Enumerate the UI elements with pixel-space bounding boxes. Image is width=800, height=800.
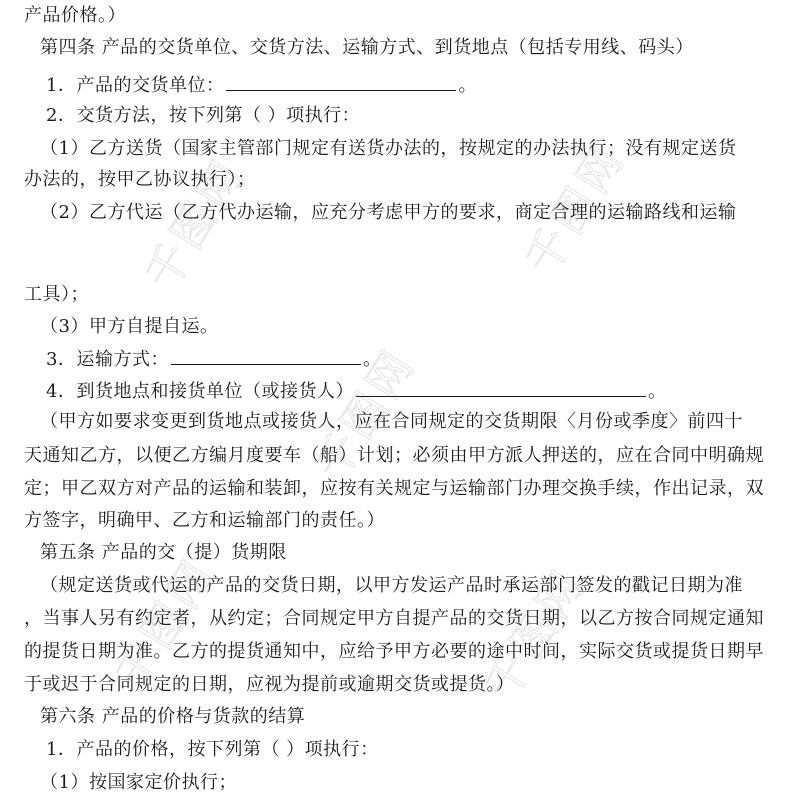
line-suffix: 。 — [648, 381, 667, 402]
text-line: （甲方如要求变更到货地点或接货人，应在合同规定的交货期限〈月份或季度〉前四十 — [40, 410, 743, 434]
destination-line: 4．到货地点和接货单位（或接货人）。 — [46, 378, 666, 402]
text-line: （2）乙方代运（乙方代办运输，应充分考虑甲方的要求，商定合理的运输路线和运输 — [40, 201, 736, 225]
transport-method-label: 3．运输方式： — [46, 349, 169, 370]
destination-blank[interactable] — [356, 378, 646, 397]
text-line: 2．交货方法，按下列第（ ）项执行： — [46, 104, 360, 128]
transport-method-line: 3．运输方式：。 — [46, 346, 381, 370]
text-line: 方签字，明确甲、乙方和运输部门的责任。） — [24, 509, 385, 533]
article-4-heading: 第四条 产品的交货单位、交货方法、运输方式、到货地点（包括专用线、码头） — [40, 36, 694, 60]
text-line: 办法的，按甲乙协议执行）； — [24, 168, 256, 192]
text-line: （1）按国家定价执行； — [40, 771, 237, 795]
document-page: 千图网 千图网 千图网 千图网 千图网 产品价格。） 第四条 产品的交货单位、交… — [0, 0, 800, 800]
destination-label: 4．到货地点和接货单位（或接货人） — [46, 381, 354, 402]
text-line: （规定送货或代运的产品的交货日期，以甲方发运产品时承运部门签发的戳记日期为准 — [40, 574, 743, 598]
delivery-unit-blank[interactable] — [226, 72, 456, 91]
text-line: 定；甲乙双方对产品的运输和装卸，应按有关规定与运输部门办理交换手续，作出记录，双 — [24, 477, 764, 501]
text-line: （1）乙方送货（国家主管部门规定有送货办法的，按规定的办法执行；没有规定送货 — [40, 137, 736, 161]
article-5-heading: 第五条 产品的交（提）货期限 — [40, 541, 287, 565]
text-line: ，当事人另有约定者，从约定；合同规定甲方自提产品的交货日期，以乙方按合同规定通知 — [24, 607, 764, 631]
text-line: 产品价格。） — [24, 4, 126, 28]
line-suffix: 。 — [363, 349, 382, 370]
text-line: （3）甲方自提自运。 — [40, 315, 218, 339]
text-line: 1．产品的价格，按下列第（ ）项执行： — [46, 738, 379, 762]
text-line: 于或迟于合同规定的日期，应视为提前或逾期交货或提货。） — [24, 673, 515, 697]
delivery-unit-line: 1．产品的交货单位：。 — [46, 72, 477, 96]
text-line: 天通知乙方，以便乙方编月度要车（船）计划；必须由甲方派人押送的，应在合同中明确规 — [24, 444, 764, 468]
delivery-unit-label: 1．产品的交货单位： — [46, 75, 224, 96]
transport-method-blank[interactable] — [171, 346, 361, 365]
article-6-heading: 第六条 产品的价格与货款的结算 — [40, 705, 305, 729]
line-suffix: 。 — [458, 75, 477, 96]
text-line: 的提货日期为准。乙方的提货通知中，应给予甲方必要的途中时间，实际交货或提货日期早 — [24, 640, 764, 664]
text-line: 工具）； — [24, 283, 89, 307]
